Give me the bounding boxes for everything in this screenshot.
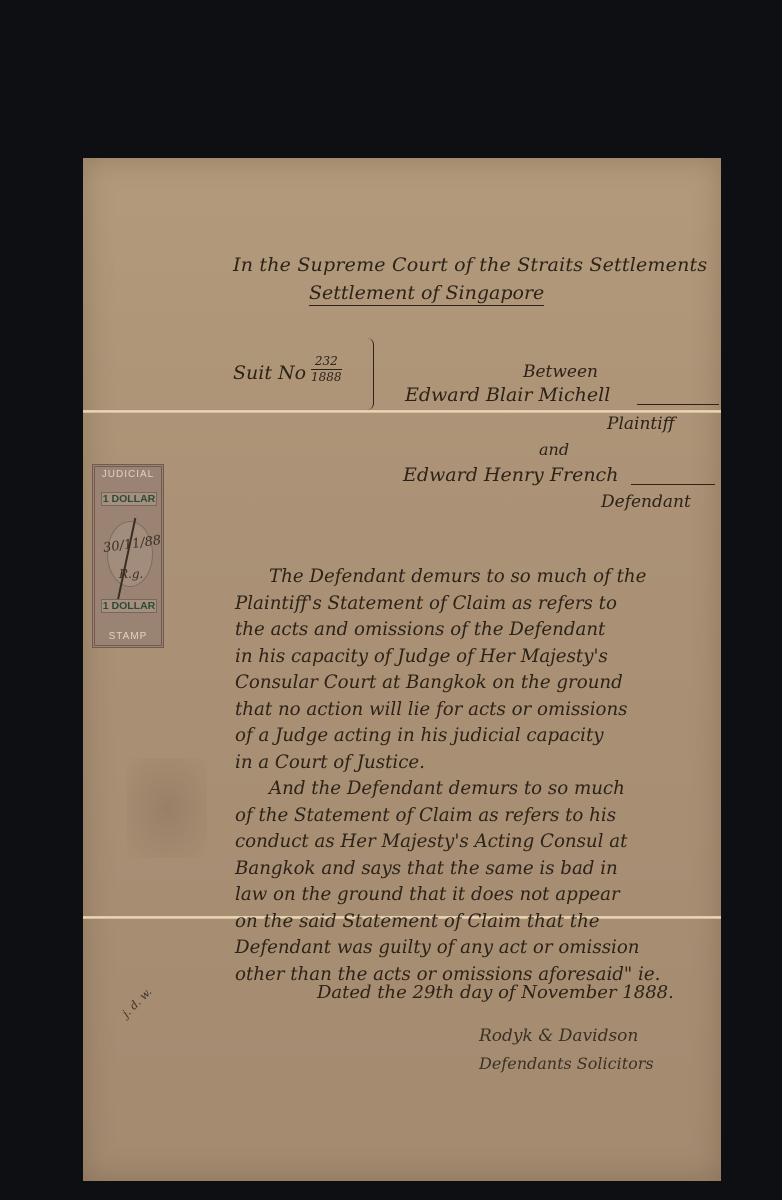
demurrer-body: The Defendant demurs to so much of the P… — [235, 564, 725, 988]
plaintiff-role: Plaintiff — [607, 414, 675, 434]
plaintiff-underline — [637, 404, 719, 405]
court-heading: In the Supreme Court of the Straits Sett… — [233, 254, 707, 276]
body-line: of a Judge acting in his judicial capaci… — [235, 723, 725, 750]
body-line: And the Defendant demurs to so much — [235, 776, 725, 803]
body-line: conduct as Her Majesty's Acting Consul a… — [235, 829, 725, 856]
settlement-heading: Settlement of Singapore — [309, 282, 544, 306]
body-line: on the said Statement of Claim that the — [235, 909, 725, 936]
body-line: that no action will lie for acts or omis… — [235, 697, 725, 724]
defendant-name: Edward Henry French — [403, 464, 618, 486]
stamp-value-top: 1 DOLLAR — [101, 492, 157, 506]
body-line: The Defendant demurs to so much of the — [235, 564, 725, 591]
stamp-bottom-label: STAMP — [95, 631, 161, 642]
body-line: Defendant was guilty of any act or omiss… — [235, 935, 725, 962]
solicitor-title: Defendants Solicitors — [479, 1054, 654, 1073]
suit-year: 1888 — [311, 370, 342, 384]
body-line: Plaintiff's Statement of Claim as refers… — [235, 591, 725, 618]
defendant-role: Defendant — [601, 492, 691, 512]
body-line: law on the ground that it does not appea… — [235, 882, 725, 909]
stamp-value-bottom: 1 DOLLAR — [101, 599, 157, 613]
body-line: Consular Court at Bangkok on the ground — [235, 670, 725, 697]
suit-number-value: 232 — [311, 354, 342, 370]
plaintiff-name: Edward Blair Michell — [405, 384, 610, 406]
and-label: and — [539, 440, 569, 459]
solicitor-signature: Rodyk & Davidson — [479, 1026, 638, 1046]
dated-line: Dated the 29th day of November 1888. — [317, 982, 674, 1003]
between-label: Between — [523, 362, 598, 382]
stamp-top-label: JUDICIAL — [95, 469, 161, 480]
suit-number: 232 1888 — [311, 354, 342, 385]
body-line: in a Court of Justice. — [235, 750, 725, 777]
document-page: In the Supreme Court of the Straits Sett… — [83, 158, 721, 1181]
fold-line — [83, 410, 721, 413]
body-line: of the Statement of Claim as refers to h… — [235, 803, 725, 830]
body-line: the acts and omissions of the Defendant — [235, 617, 725, 644]
defendant-underline — [631, 484, 715, 485]
margin-note: j. d. w. — [120, 985, 155, 1020]
stamp-cancellation-initials: R.g. — [119, 567, 143, 581]
body-line: in his capacity of Judge of Her Majesty'… — [235, 644, 725, 671]
judicial-stamp: JUDICIAL 1 DOLLAR 30/11/88 R.g. 1 DOLLAR… — [92, 464, 164, 648]
body-line: Bangkok and says that the same is bad in — [235, 856, 725, 883]
stain — [127, 758, 207, 858]
brace — [367, 338, 374, 410]
suit-label: Suit No — [233, 362, 306, 384]
